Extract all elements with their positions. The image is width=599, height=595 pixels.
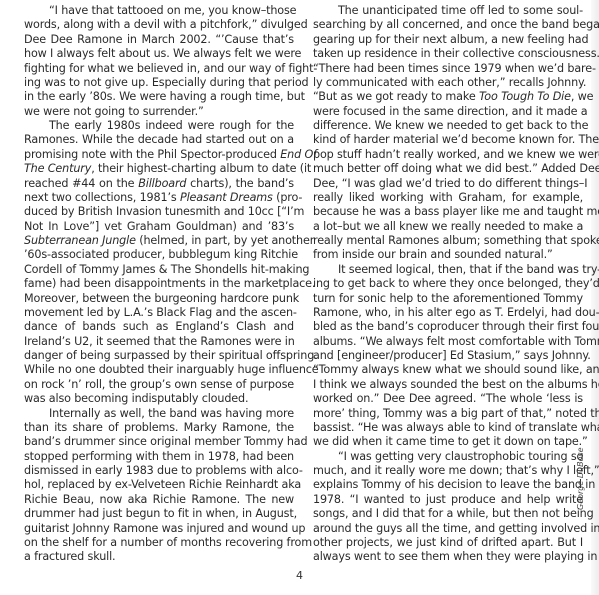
text-line: ing was to not give up. Especially durin… [24, 76, 294, 90]
text-line: taken up residence in their collective c… [313, 47, 583, 61]
text-line: pop stuff hadn’t really worked, and we k… [313, 148, 583, 162]
text-line: ’60s-associated producer, bubblegum king… [24, 248, 294, 262]
text-line: fame) had been disappointments in the ma… [24, 277, 294, 291]
page-edge-shadow [591, 0, 599, 595]
text-line: searching by all concerned, and once the… [313, 18, 583, 32]
text-line: guitarist Johnny Ramone was injured and … [24, 522, 294, 536]
text-line: explains Tommy of his decision to leave … [313, 478, 583, 492]
text-line: always went to see them when they were p… [313, 550, 583, 564]
text-line: Cordell of Tommy James & The Shondells h… [24, 263, 294, 277]
text-line: much, and it really wore me down; that’s… [313, 464, 583, 478]
text-line: “There had been times since 1979 when we… [313, 62, 583, 76]
text-line: really mental Ramones album; something t… [313, 234, 583, 248]
text-line: dismissed in early 1983 due to problems … [24, 464, 294, 478]
text-line: drummer had just begun to fit in when, i… [24, 507, 294, 521]
text-line: much better off doing what we did best.”… [313, 162, 583, 176]
text-line: “I was getting very claustrophobic touri… [313, 450, 583, 464]
photo-credit: George DuBose [576, 447, 585, 510]
text-line: It seemed logical, then, that if the ban… [313, 263, 583, 277]
text-line: danger of being surpassed by their spiri… [24, 349, 294, 363]
text-line: I think we always sounded the best on th… [313, 378, 583, 392]
text-line: was also becoming indisputably clouded. [24, 392, 294, 406]
text-line: duced by British Invasion tunesmith and … [24, 205, 294, 219]
text-line: worked on.” Dee Dee agreed. “The whole ‘… [313, 392, 583, 406]
text-line: words, along with a devil with a pitchfo… [24, 18, 294, 32]
text-line: than its share of problems. Marky Ramone… [24, 421, 294, 435]
text-line: on rock ’n’ roll, the group’s own sense … [24, 378, 294, 392]
text-line: songs, and I did that for a while, but t… [313, 507, 583, 521]
text-line: band’s drummer since original member Tom… [24, 435, 294, 449]
text-line: more’ thing, Tommy was a big part of tha… [313, 407, 583, 421]
text-line: Dee Dee Ramone in March 2002. “’Cause th… [24, 33, 294, 47]
text-line: Dee, “I was glad we’d tried to do differ… [313, 177, 583, 191]
text-line: turn for sonic help to the aforementione… [313, 292, 583, 306]
text-line: bled as the band’s coproducer through th… [313, 320, 583, 334]
text-line: “But as we got ready to make Too Tough T… [313, 90, 583, 104]
text-line: and [engineer/producer] Ed Stasium,” say… [313, 349, 583, 363]
text-line: in the early ’80s. We were having a roug… [24, 90, 294, 104]
text-line: The early 1980s indeed were rough for th… [24, 119, 294, 133]
text-line: other projects, we just kind of drifted … [313, 536, 583, 550]
text-line: next two collections, 1981’s Pleasant Dr… [24, 191, 294, 205]
text-line: Ireland’s U2, it seemed that the Ramones… [24, 335, 294, 349]
text-line: albums. “We always felt most comfortable… [313, 335, 583, 349]
text-line: Subterranean Jungle (helmed, in part, by… [24, 234, 294, 248]
text-line: movement led by L.A.’s Black Flag and th… [24, 306, 294, 320]
text-line: really liked working with Graham, for ex… [313, 191, 583, 205]
text-line: ing to get back to where they once belon… [313, 277, 583, 291]
text-line: were focused in the same direction, and … [313, 105, 583, 119]
text-line: “Tommy always knew what we should sound … [313, 363, 583, 377]
text-line: Ramone, who, in his alter ego as T. Erde… [313, 306, 583, 320]
text-line: fighting for what we believed in, and ou… [24, 62, 294, 76]
text-line: promising note with the Phil Spector-pro… [24, 148, 294, 162]
text-line: reached #44 on the Billboard charts), th… [24, 177, 294, 191]
text-line: stopped performing with them in 1978, ha… [24, 450, 294, 464]
text-line: how I always felt about us. We always fe… [24, 47, 294, 61]
text-line: Internally as well, the band was having … [24, 407, 294, 421]
text-line: we did when it came time to get it down … [313, 435, 583, 449]
text-line: on the shelf for a number of months reco… [24, 536, 294, 550]
text-line: “I have that tattooed on me, you know–th… [24, 4, 294, 18]
page-number: 4 [296, 569, 303, 582]
text-column-left: “I have that tattooed on me, you know–th… [24, 4, 294, 565]
text-line: The Century, their highest-charting albu… [24, 162, 294, 176]
text-line: kind of harder material we’d become know… [313, 133, 583, 147]
text-line: Moreover, between the burgeoning hardcor… [24, 292, 294, 306]
text-line: a fractured skull. [24, 550, 294, 564]
text-line: Ramones. While the decade had started ou… [24, 133, 294, 147]
text-line: Richie Beau, now aka Richie Ramone. The … [24, 493, 294, 507]
text-line: hol, replaced by ex-Velveteen Richie Rei… [24, 478, 294, 492]
text-line: from inside our brain and sounded natura… [313, 248, 583, 262]
text-line: 1978. “I wanted to just produce and help… [313, 493, 583, 507]
text-line: around the guys all the time, and gettin… [313, 522, 583, 536]
text-line: difference. We knew we needed to get bac… [313, 119, 583, 133]
text-line: dance of bands such as England’s Clash a… [24, 320, 294, 334]
text-line: gearing up for their next album, a new f… [313, 33, 583, 47]
text-line: ly communicated with each other,” recall… [313, 76, 583, 90]
text-line: we were not going to surrender.” [24, 105, 294, 119]
text-line: a lot–but we all knew we really needed t… [313, 220, 583, 234]
text-line: because he was a bass player like me and… [313, 205, 583, 219]
text-line: bassist. “He was always able to kind of … [313, 421, 583, 435]
text-line: While no one doubted their inarguably hu… [24, 363, 294, 377]
text-line: Not In Love”] vet Graham Gouldman) and ’… [24, 220, 294, 234]
text-line: The unanticipated time off led to some s… [313, 4, 583, 18]
text-column-right: The unanticipated time off led to some s… [313, 4, 583, 565]
